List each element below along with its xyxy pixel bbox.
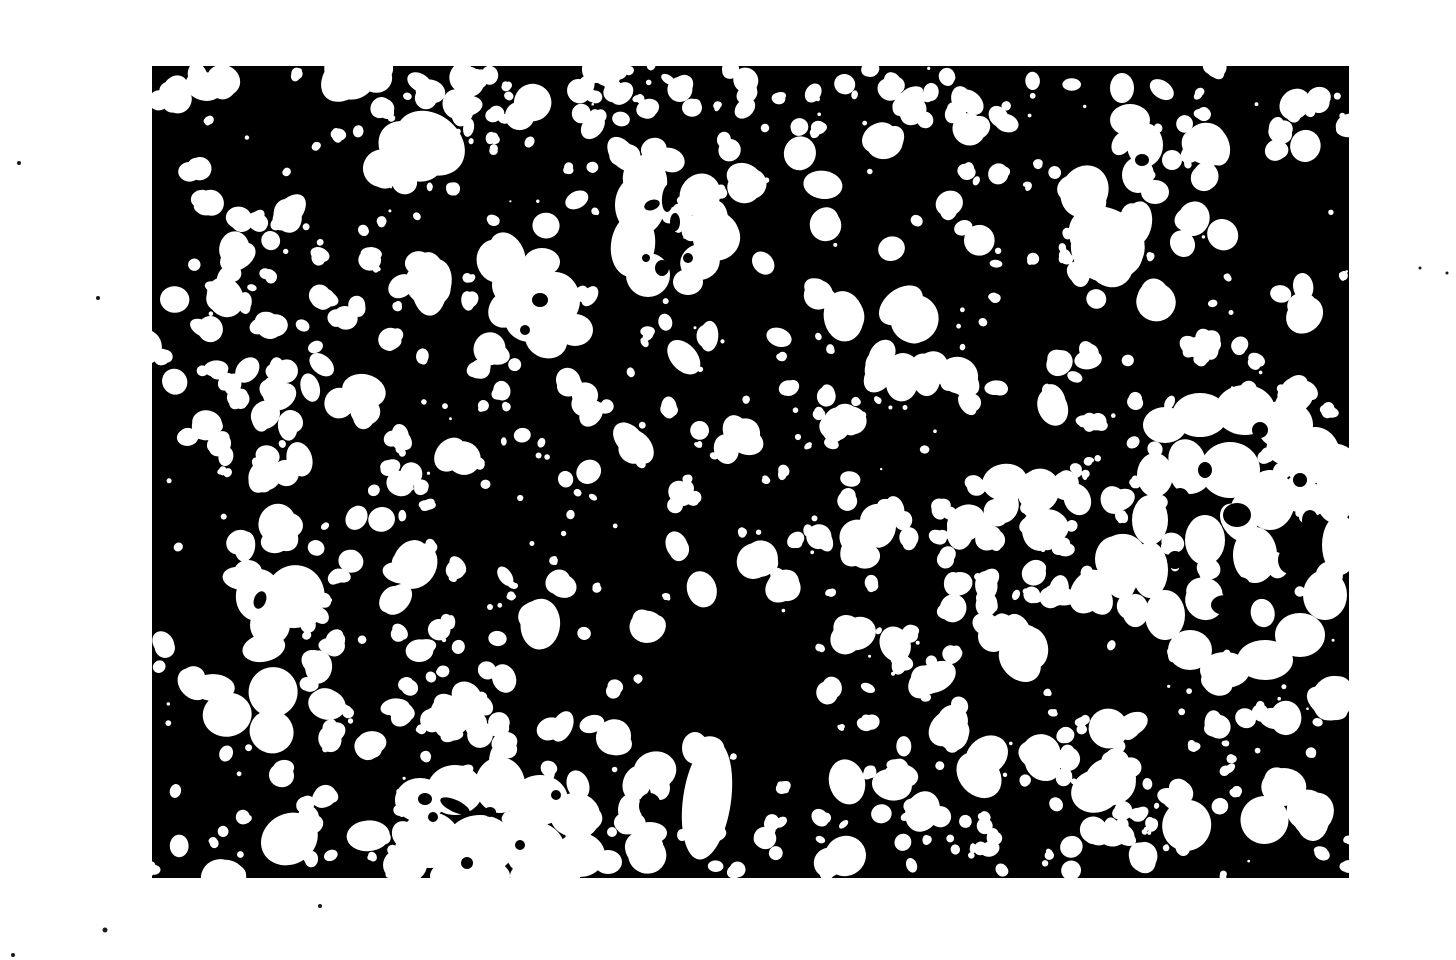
scanned-page [0,0,1456,960]
micrograph-figure [0,0,1456,960]
